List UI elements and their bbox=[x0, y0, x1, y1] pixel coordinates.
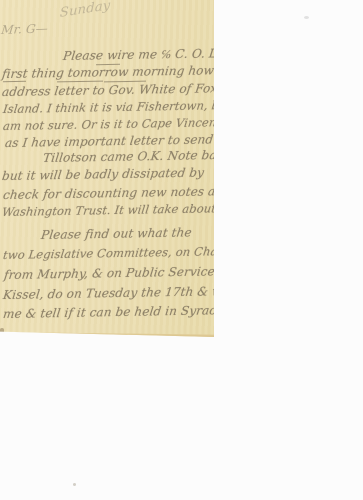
letter-paper: Sunday Mr. G— Please wire me ℅ C. O. Lan… bbox=[0, 0, 214, 337]
letter-line: two Legislative Committees, on Charters bbox=[2, 244, 247, 262]
letter-line: am not sure. Or is it to Cape Vincent. I… bbox=[2, 114, 273, 133]
scan-smudge bbox=[0, 328, 4, 336]
letter-line: address letter to Gov. White of Fox bbox=[1, 81, 218, 99]
letter-line: Please find out what the bbox=[40, 225, 192, 242]
letter-line: check for discounting new notes at bbox=[2, 184, 221, 202]
letter-line: but it will be badly dissipated by bbox=[1, 165, 205, 183]
letter-dateline: Sunday bbox=[60, 0, 111, 21]
letter-line: Please wire me ℅ C. O. Lane bbox=[62, 46, 240, 64]
scan-speck bbox=[73, 483, 76, 486]
letter-line: me & tell if it can be held in Syracuse bbox=[2, 303, 238, 321]
underline-stroke bbox=[57, 81, 103, 83]
scan-speck bbox=[304, 16, 309, 19]
letter-line: from Murphy, & on Public Service from bbox=[3, 264, 249, 282]
letter-line: Kissel, do on Tuesday the 17th & write bbox=[2, 284, 245, 302]
letter-line: Tillotson came O.K. Note balances, bbox=[42, 147, 261, 165]
letter-line: Washington Trust. It will take about $20… bbox=[1, 200, 261, 219]
letter-salutation: Mr. G— bbox=[1, 21, 49, 37]
letter-line: first thing tomorrow morning how to bbox=[1, 63, 231, 81]
scanned-letter-page: Sunday Mr. G— Please wire me ℅ C. O. Lan… bbox=[0, 0, 363, 500]
letter-line: Island. I think it is via Fishertown, bu… bbox=[2, 98, 232, 116]
paper-bottom-edge bbox=[0, 332, 214, 340]
underline-stroke bbox=[3, 81, 26, 82]
